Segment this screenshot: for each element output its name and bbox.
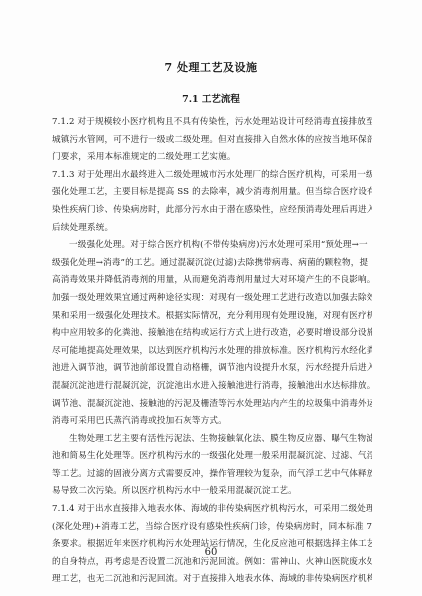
- text-line: 调节池、混凝沉淀池、接触池的污泥及栅渣等污水处理站内产生的垃圾集中消毒外运。: [52, 396, 372, 414]
- text-line: 易导致二次污染。所以医疗机构污水中一般采用混凝沉淀工艺。: [52, 483, 372, 501]
- text-line: 强化处理工艺，主要目标是提高 SS 的去除率，减少消毒剂用量。但当综合医疗设有感: [52, 184, 372, 202]
- section-heading: 7.1 工艺流程: [0, 91, 422, 105]
- text-line: (深化处理)+消毒工艺，当综合医疗设有感染性疾病门诊，传染病房时，同本标准 7.…: [52, 519, 372, 537]
- body-text: 7.1.2 对于规模较小医疗机构且不具有传染性，污水处理站设计可经消毒直接排放至…: [52, 114, 372, 589]
- text-line: 7.1.2 对于规模较小医疗机构且不具有传染性，污水处理站设计可经消毒直接排放至: [52, 114, 372, 132]
- text-line: 消毒可采用巴氏蒸汽消毒或投加石灰等方式。: [52, 413, 372, 431]
- page-number: 60: [0, 547, 422, 558]
- text-line: 高消毒效果并降低消毒剂的用量，从而避免消毒剂用量过大对环境产生的不良影响。: [52, 272, 372, 290]
- text-line: 等工艺。过滤的固液分离方式需要反冲，操作管理较为复杂，而气浮工艺中气体释放: [52, 466, 372, 484]
- text-line: 级强化处理→消毒”的工艺。通过混凝沉淀(过滤)去除携带病毒、病菌的颗粒物，提: [52, 255, 372, 273]
- text-line: 池进入调节池，调节池前部设置自动格栅，调节池内设提升水泵，污水经提升后进入: [52, 360, 372, 378]
- text-line: 7.1.4 对于出水直接排入地表水体、海域的非传染病医疗机构污水，可采用二级处理…: [52, 501, 372, 519]
- text-line: 理工艺，也无二沉池和污泥回流。对于直接排入地表水体、海域的非传染病医疗机构: [52, 571, 372, 589]
- text-line: 生物处理工艺主要有活性污泥法、生物接触氧化法、膜生物反应器、曝气生物滤: [52, 431, 372, 449]
- text-line: 一级强化处理。对于综合医疗机构(不带传染病房)污水处理可采用“预处理→一: [52, 237, 372, 255]
- text-line: 加强一级处理效果宜通过两种途径实现：对现有一级处理工艺进行改造以加强去除效: [52, 290, 372, 308]
- text-line: 混凝沉淀池进行混凝沉淀，沉淀池出水进入接触池进行消毒，接触池出水达标排放。: [52, 378, 372, 396]
- text-line: 7.1.3 对于处理出水最终进入二级处理城市污水处理厂的综合医疗机构，可采用一级: [52, 167, 372, 185]
- text-line: 果和采用一级强化处理技术。根据实际情况，充分利用现有处理设施，对现有医疗机: [52, 308, 372, 326]
- text-line: 池和简易生化处理等。医疗机构污水的一级强化处理一般采用混凝沉淀、过滤、气浮: [52, 448, 372, 466]
- text-line: 尽可能地提高处理效果，以达到医疗机构污水处理的排放标准。医疗机构污水经化粪: [52, 343, 372, 361]
- text-line: 构中应用较多的化粪池、接触池在结构或运行方式上进行改造，必要时增设部分设施，: [52, 325, 372, 343]
- chapter-title: 7 处理工艺及设施: [0, 59, 422, 75]
- text-line: 城镇污水管网，可不进行一级或二级处理。但对直接排入自然水体的应按当地环保部: [52, 132, 372, 150]
- document-page: 7 处理工艺及设施 7.1 工艺流程 7.1.2 对于规模较小医疗机构且不具有传…: [0, 0, 422, 596]
- text-line: 染性疾病门诊、传染病房时，此部分污水由于潜在感染性，应经预消毒处理后再进入: [52, 202, 372, 220]
- text-line: 后续处理系统。: [52, 220, 372, 238]
- text-line: 门要求，采用本标准规定的二级处理工艺实施。: [52, 149, 372, 167]
